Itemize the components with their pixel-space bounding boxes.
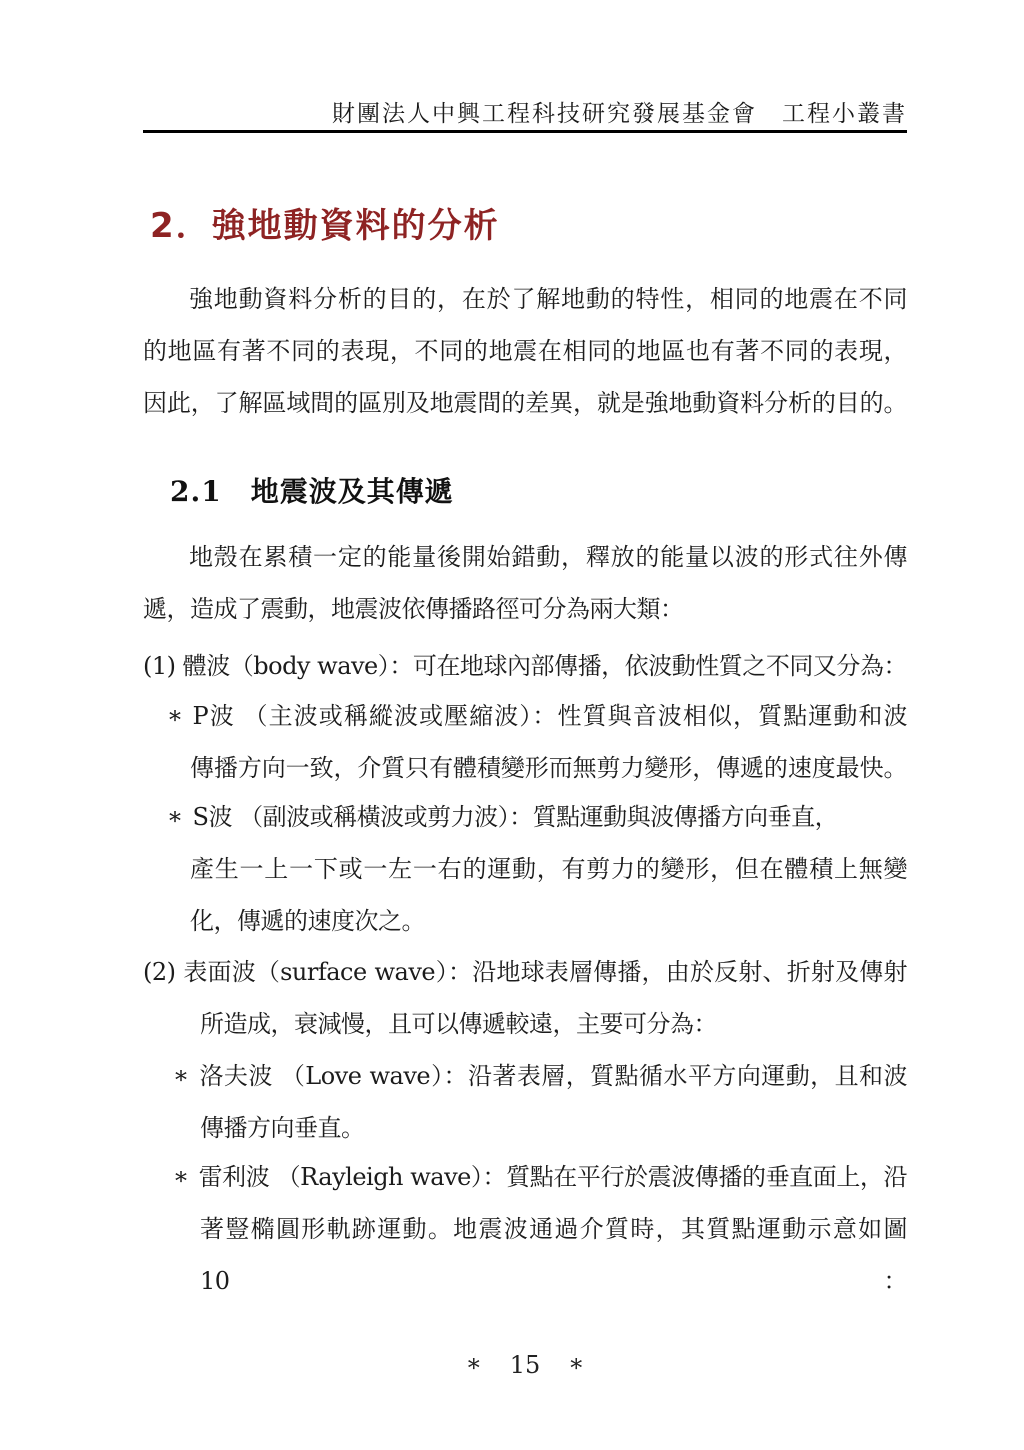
s-wave-text: S波 （副波或稱橫波或剪力波）：質點運動與波傳播方向垂直， [193,803,839,831]
body-wave-item: (1) 體波（body wave）：可在地球內部傳播，依波動性質之不同又分為： [143,640,907,692]
propagation-line: 地殼在累積一定的能量後開始錯動，釋放的能量以波的形式往外傳 [143,531,907,583]
p-wave-line: *P波 （主波或稱縱波或壓縮波）：性質與音波相似，質點運動和波 [143,690,907,742]
page-title: 2．強地動資料的分析 [143,207,907,245]
surface-wave-item: (2) 表面波（surface wave）：沿地球表層傳播，由於反射、折射及傳射… [143,946,907,1050]
page-content: 財團法人中興工程科技研究發展基金會 工程小叢書 2．強地動資料的分析 強地動資料… [143,0,907,1380]
p-wave-text: P波 （主波或稱縱波或壓縮波）：性質與音波相似，質點運動和波 [193,702,908,730]
page-footer: * 15 * [143,1350,907,1380]
s-wave-line: 化，傳遞的速度次之。 [143,895,907,947]
p-wave-line: 傳播方向一致，介質只有體積變形而無剪力變形，傳遞的速度最快。 [143,742,907,794]
surface-wave-line: 所造成，衰減慢，且可以傳遞較遠，主要可分為： [143,998,907,1050]
page-header: 財團法人中興工程科技研究發展基金會 工程小叢書 [143,100,907,130]
love-wave-subitem: *洛夫波 （Love wave）：沿著表層，質點循水平方向運動，且和波 傳播方向… [143,1050,907,1154]
rayleigh-wave-line: *雷利波 （Rayleigh wave）：質點在平行於震波傳播的垂直面上，沿 [143,1151,907,1203]
header-text: 財團法人中興工程科技研究發展基金會 工程小叢書 [332,101,907,127]
s-wave-line: *S波 （副波或稱橫波或剪力波）：質點運動與波傳播方向垂直， [143,791,907,843]
p-wave-subitem: *P波 （主波或稱縱波或壓縮波）：性質與音波相似，質點運動和波 傳播方向一致，介… [143,690,907,794]
intro-line: 的地區有著不同的表現，不同的地震在相同的地區也有著不同的表現， [143,325,907,377]
rayleigh-wave-text: 雷利波 （Rayleigh wave）：質點在平行於震波傳播的垂直面上，沿 [199,1163,908,1191]
header-rule [143,130,907,133]
rayleigh-wave-subitem: *雷利波 （Rayleigh wave）：質點在平行於震波傳播的垂直面上，沿 著… [143,1151,907,1307]
bullet-asterisk: * [169,795,181,847]
intro-paragraph: 強地動資料分析的目的，在於了解地動的特性，相同的地震在不同 的地區有著不同的表現… [143,273,907,429]
document-page: 財團法人中興工程科技研究發展基金會 工程小叢書 2．強地動資料的分析 強地動資料… [0,0,1024,1450]
bullet-asterisk: * [175,1155,187,1207]
propagation-paragraph: 地殼在累積一定的能量後開始錯動，釋放的能量以波的形式往外傳 遞，造成了震動，地震… [143,531,907,635]
bullet-asterisk: * [175,1054,187,1106]
intro-line: 強地動資料分析的目的，在於了解地動的特性，相同的地震在不同 [143,273,907,325]
s-wave-subitem: *S波 （副波或稱橫波或剪力波）：質點運動與波傳播方向垂直， 產生一上一下或一左… [143,791,907,947]
love-wave-text: 洛夫波 （Love wave）：沿著表層，質點循水平方向運動，且和波 [199,1062,908,1090]
love-wave-line: 傳播方向垂直。 [143,1102,907,1154]
intro-line: 因此，了解區域間的區別及地震間的差異，就是強地動資料分析的目的。 [143,377,907,429]
body-wave-line: (1) 體波（body wave）：可在地球內部傳播，依波動性質之不同又分為： [143,640,907,692]
page-number: 15 [510,1350,541,1380]
surface-wave-line: (2) 表面波（surface wave）：沿地球表層傳播，由於反射、折射及傳射 [143,946,907,998]
rayleigh-wave-line: 著豎橢圓形軌跡運動。地震波通過介質時，其質點運動示意如圖 10： [143,1203,907,1307]
s-wave-line: 產生一上一下或一左一右的運動，有剪力的變形，但在體積上無變 [143,843,907,895]
propagation-line: 遞，造成了震動，地震波依傳播路徑可分為兩大類： [143,583,907,635]
footer-asterisk: * [570,1353,582,1383]
footer-asterisk: * [468,1353,480,1383]
love-wave-line: *洛夫波 （Love wave）：沿著表層，質點循水平方向運動，且和波 [143,1050,907,1102]
section-heading: 2.1 地震波及其傳遞 [143,466,907,518]
bullet-asterisk: * [169,694,181,746]
